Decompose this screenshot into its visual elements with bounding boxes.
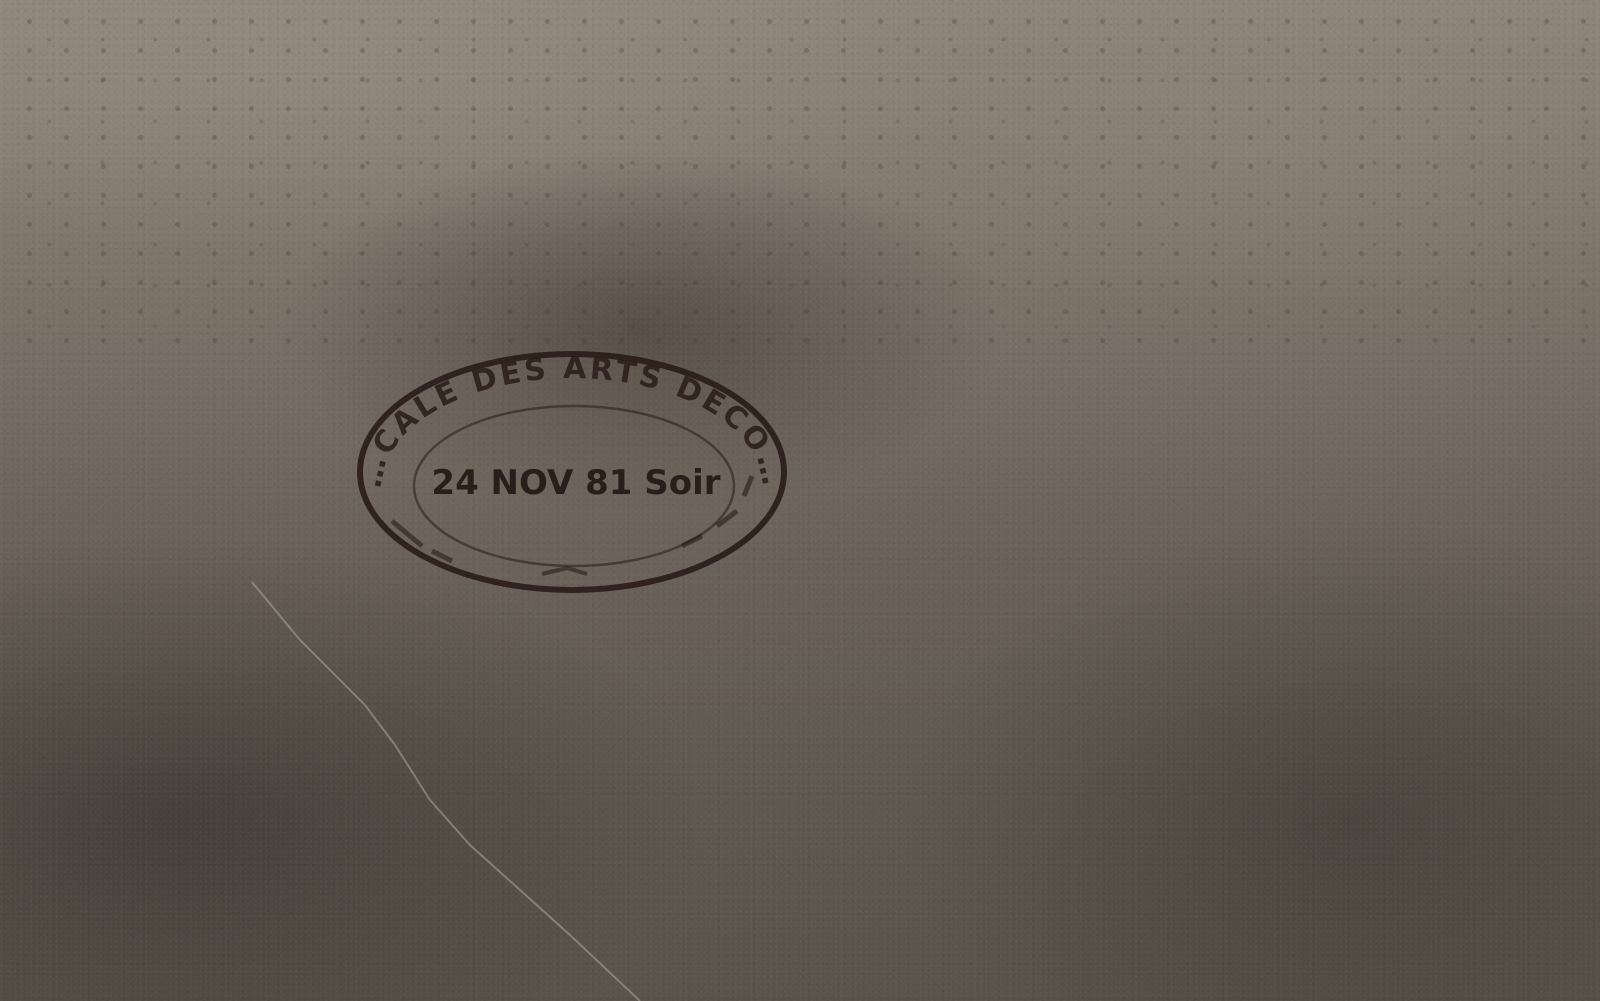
paper-surface: …CALE DES ARTS DECO… 24 NOV 81 Soir [0,0,1600,1001]
stamp-date-text: 24 NOV 81 Soir [431,463,720,503]
paper-speckles [0,0,1600,360]
paper-grain-texture [0,0,1600,1001]
oval-ink-stamp: …CALE DES ARTS DECO… 24 NOV 81 Soir [352,346,792,598]
diagonal-scratch [0,0,1600,1001]
stamp-graphic: …CALE DES ARTS DECO… 24 NOV 81 Soir [352,346,792,598]
